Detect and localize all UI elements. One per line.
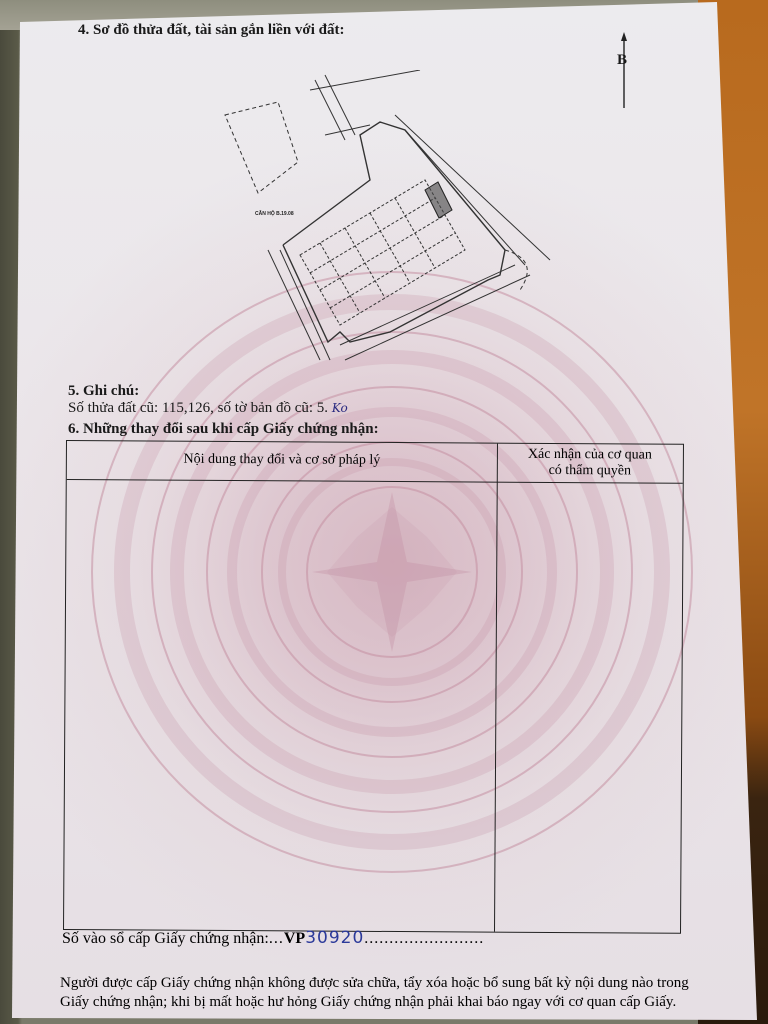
old-parcel-note-text: Số thửa đất cũ: 115,126, số tờ bản đồ cũ…: [68, 400, 328, 416]
column-header-confirmation-line1: Xác nhận của cơ quan: [497, 447, 683, 464]
registration-prefix: VP: [284, 930, 305, 947]
old-parcel-note: Số thửa đất cũ: 115,126, số tờ bản đồ cũ…: [68, 400, 348, 417]
section-6-heading: 6. Những thay đổi sau khi cấp Giấy chứng…: [68, 421, 379, 438]
column-header-confirmation-line2: có thẩm quyền: [497, 463, 683, 480]
changes-content-cell: [64, 480, 497, 932]
registration-number-handwritten: 30920: [305, 928, 364, 948]
north-arrow-icon: [612, 32, 636, 108]
registration-number-line: Số vào sổ cấp Giấy chứng nhận:...VP30920…: [62, 928, 484, 948]
changes-table: Nội dung thay đổi và cơ sở pháp lý Xác n…: [63, 440, 684, 934]
land-plot-map: CĂN HỘ B.19.08: [220, 70, 560, 380]
confirmation-cell: [495, 483, 683, 933]
north-label: B: [617, 52, 627, 69]
registration-label: Số vào sổ cấp Giấy chứng nhận:: [62, 930, 269, 947]
column-header-confirmation: Xác nhận của cơ quan có thẩm quyền: [497, 447, 683, 480]
initials-signature: Ko: [332, 401, 348, 415]
legal-notice: Người được cấp Giấy chứng nhận không đượ…: [60, 974, 710, 1012]
column-header-content: Nội dung thay đổi và cơ sở pháp lý: [67, 451, 497, 470]
unit-label: CĂN HỘ B.19.08: [255, 209, 294, 217]
section-5-heading: 5. Ghi chú:: [68, 383, 139, 400]
section-4-heading: 4. Sơ đồ thửa đất, tài sản gắn liền với …: [78, 22, 345, 39]
